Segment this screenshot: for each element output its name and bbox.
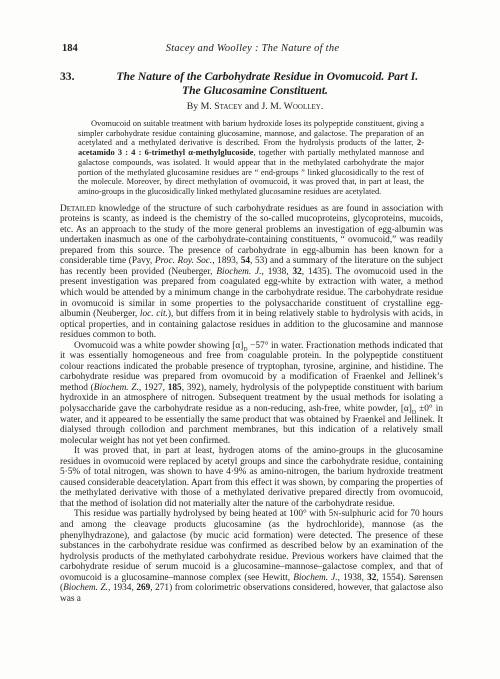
body-paragraph-4: This residue was partially hydrolysed by… [60, 509, 443, 604]
page-header: 184 Stacey and Woolley : The Nature of t… [62, 43, 443, 56]
running-head: Stacey and Woolley : The Nature of the [62, 43, 443, 55]
article-title-line-2: The Glucosamine Constituent. [60, 84, 450, 98]
journal-page: 184 Stacey and Woolley : The Nature of t… [0, 0, 500, 679]
article-number: 33. [60, 70, 75, 84]
body-paragraph-3: It was proved that, in part at least, hy… [60, 446, 443, 509]
article-body: Detailed knowledge of the structure of s… [60, 204, 443, 605]
article-title-text: The Nature of the Carbohydrate Residue i… [85, 70, 451, 84]
page-number: 184 [62, 43, 78, 55]
article-title-line-1: 33. The Nature of the Carbohydrate Resid… [60, 70, 450, 84]
abstract: Ovomucoid on suitable treatment with bar… [78, 119, 424, 197]
body-paragraph-2: Ovomucoid was a white powder showing [α]… [60, 341, 443, 446]
article-title-block: 33. The Nature of the Carbohydrate Resid… [60, 70, 450, 112]
body-paragraph-1: Detailed knowledge of the structure of s… [60, 204, 443, 341]
byline: By M. Stacey and J. M. Woolley. [60, 101, 450, 112]
